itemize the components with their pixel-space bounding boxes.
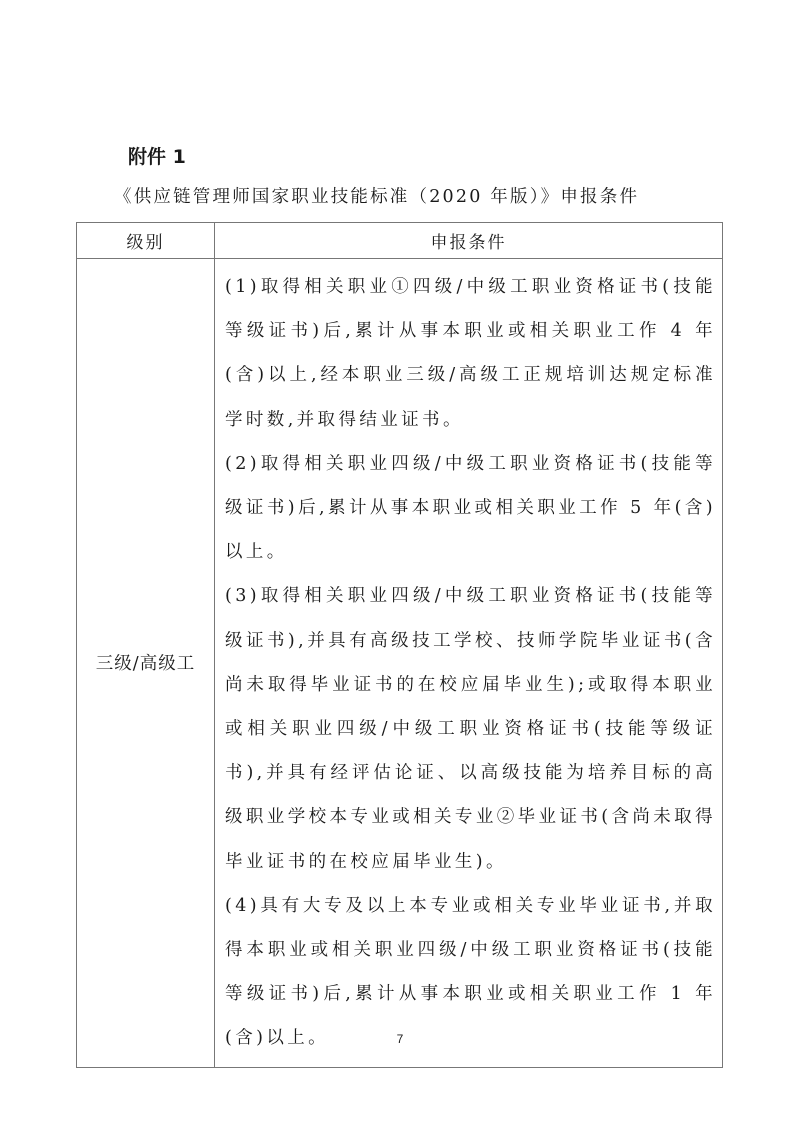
condition-item: (1)取得相关职业①四级/中级工职业资格证书(技能等级证书)后,累计从事本职业或… [225, 265, 716, 442]
conditions-cell: (1)取得相关职业①四级/中级工职业资格证书(技能等级证书)后,累计从事本职业或… [215, 259, 723, 1068]
table-header-row: 级别 申报条件 [77, 223, 723, 259]
document-title: 《供应链管理师国家职业技能标准（2020 年版）》申报条件 [114, 183, 714, 208]
condition-item: (2)取得相关职业四级/中级工职业资格证书(技能等级证书)后,累计从事本职业或相… [225, 442, 716, 575]
table-row: 三级/高级工 (1)取得相关职业①四级/中级工职业资格证书(技能等级证书)后,累… [77, 259, 723, 1068]
condition-item: (3)取得相关职业四级/中级工职业资格证书(技能等级证书),并具有高级技工学校、… [225, 574, 716, 883]
page-number: 7 [0, 1032, 800, 1046]
header-conditions: 申报条件 [215, 223, 723, 259]
attachment-label: 附件 1 [128, 142, 186, 169]
level-cell: 三级/高级工 [77, 259, 215, 1068]
header-level: 级别 [77, 223, 215, 259]
requirements-table: 级别 申报条件 三级/高级工 (1)取得相关职业①四级/中级工职业资格证书(技能… [76, 222, 723, 1068]
